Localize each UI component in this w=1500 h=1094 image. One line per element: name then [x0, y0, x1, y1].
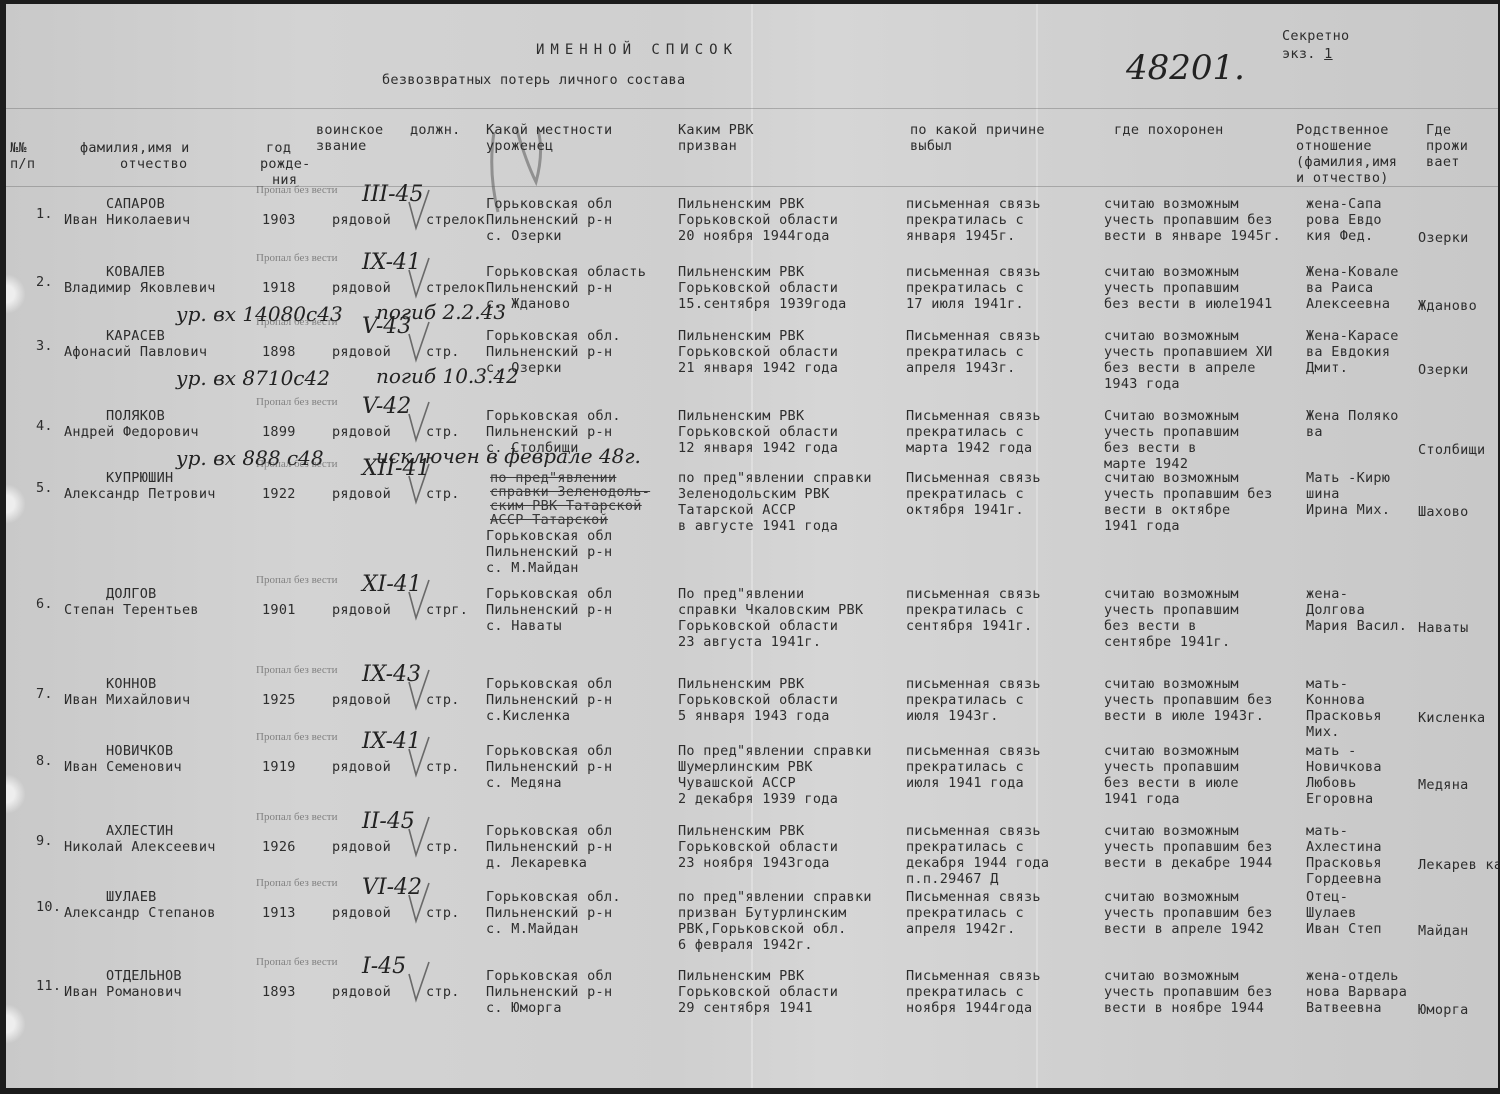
- row-rvk: РВК,Горьковской обл.: [678, 921, 847, 937]
- row-birthplace: Горьковская обл: [486, 968, 612, 984]
- row-relative: жена-: [1306, 586, 1348, 602]
- row-rvk: 6 февраля 1942г.: [678, 937, 813, 953]
- row-buried: вести в октябре: [1104, 502, 1230, 518]
- row-birth-year: 1919: [262, 759, 296, 775]
- row-rvk: Горьковской области: [678, 424, 838, 440]
- row-buried: без вести в: [1104, 618, 1197, 634]
- row-residence: Шахово: [1418, 504, 1469, 520]
- handwritten-note: погиб 10.3.42: [376, 364, 519, 388]
- checkmark-icon: [406, 256, 432, 300]
- row-number: 4.: [36, 418, 53, 434]
- handwritten-date: V-42: [362, 394, 411, 419]
- row-birthplace: Пильненский р-н: [486, 839, 612, 855]
- header-reason: выбыл: [910, 138, 952, 154]
- header-reason: по какой причине: [910, 122, 1045, 138]
- row-rvk: Горьковской области: [678, 692, 838, 708]
- row-reason: декабря 1944 года: [906, 855, 1049, 871]
- row-reason: прекратилась с: [906, 280, 1024, 296]
- row-rvk: 23 ноября 1943года: [678, 855, 830, 871]
- row-number: 11.: [36, 978, 61, 994]
- row-rank: рядовой: [332, 212, 391, 228]
- row-relative: Ирина Мих.: [1306, 502, 1390, 518]
- punch-hole: [6, 774, 26, 814]
- checkmark-icon: [406, 881, 432, 925]
- row-buried: считаю возможным: [1104, 196, 1239, 212]
- row-rvk: 20 ноября 1944года: [678, 228, 830, 244]
- row-surname: НОВИЧКОВ: [106, 743, 173, 759]
- row-reason: прекратилась с: [906, 212, 1024, 228]
- row-reason: октября 1941г.: [906, 502, 1024, 518]
- row-given-names: Афонасий Павлович: [64, 344, 207, 360]
- row-buried: считаю возможным: [1104, 968, 1239, 984]
- row-buried: учесть пропавшим без: [1104, 984, 1273, 1000]
- row-reason: прекратилась с: [906, 984, 1024, 1000]
- checkmark-icon: [406, 960, 432, 1004]
- row-rvk: по пред"явлении справки: [678, 470, 872, 486]
- row-rvk: Зеленодольским РВК: [678, 486, 830, 502]
- row-buried: учесть пропавшим: [1104, 280, 1239, 296]
- copy-number: 1: [1324, 46, 1332, 62]
- row-relative: Шулаев: [1306, 905, 1357, 921]
- row-relative: Жена-Карасе: [1306, 328, 1399, 344]
- row-residence: Наваты: [1418, 620, 1469, 636]
- row-residence: Озерки: [1418, 230, 1469, 246]
- row-rvk: Пильненским РВК: [678, 676, 804, 692]
- row-given-names: Иван Николаевич: [64, 212, 190, 228]
- row-relative: ва Раиса: [1306, 280, 1373, 296]
- row-number: 7.: [36, 686, 53, 702]
- row-reason: письменная связь: [906, 743, 1041, 759]
- row-rvk: Татарской АССР: [678, 502, 796, 518]
- row-rvk: 15.сентября 1939года: [678, 296, 847, 312]
- row-relative: Ватвеевна: [1306, 1000, 1382, 1016]
- row-rank: рядовой: [332, 344, 391, 360]
- row-residence: Медяна: [1418, 777, 1469, 793]
- row-number: 8.: [36, 753, 53, 769]
- header-position: должн.: [410, 122, 461, 138]
- row-given-names: Александр Степанов: [64, 905, 216, 921]
- row-buried: считаю возможным: [1104, 470, 1239, 486]
- row-birthplace: Горьковская обл: [486, 196, 612, 212]
- row-birth-year: 1903: [262, 212, 296, 228]
- row-rank: рядовой: [332, 839, 391, 855]
- handwritten-date: V-43: [362, 314, 411, 339]
- row-relative: Коннова: [1306, 692, 1365, 708]
- row-position: стрелок: [426, 280, 485, 296]
- checkmark-icon: [406, 462, 432, 506]
- missing-stamp: Пропал без вести: [256, 877, 337, 889]
- row-reason: 17 июля 1941г.: [906, 296, 1024, 312]
- row-buried: считаю возможным: [1104, 328, 1239, 344]
- row-buried: сентябре 1941г.: [1104, 634, 1230, 650]
- row-rvk: 29 сентября 1941: [678, 1000, 813, 1016]
- row-rvk: 5 января 1943 года: [678, 708, 830, 724]
- row-relative: мать-: [1306, 676, 1348, 692]
- row-birthplace: Пильненский р-н: [486, 424, 612, 440]
- row-birthplace: с. Медяна: [486, 775, 562, 791]
- row-birthplace: Пильненский р-н: [486, 984, 612, 1000]
- row-buried: вести в январе 1945г.: [1104, 228, 1281, 244]
- missing-stamp: Пропал без вести: [256, 396, 337, 408]
- row-given-names: Иван Семенович: [64, 759, 182, 775]
- row-buried: учесть пропавшим: [1104, 424, 1239, 440]
- row-rvk: Пильненским РВК: [678, 968, 804, 984]
- row-reason: Письменная связь: [906, 408, 1041, 424]
- row-relative: Мих.: [1306, 724, 1340, 740]
- row-buried: учесть пропавшим без: [1104, 905, 1273, 921]
- row-surname: КУПРЮШИН: [106, 470, 173, 486]
- row-relative: Мария Васил.: [1306, 618, 1407, 634]
- row-buried: считаю возможным: [1104, 586, 1239, 602]
- handwritten-document-number: 48201.: [1126, 48, 1245, 88]
- row-relative: ва: [1306, 424, 1323, 440]
- row-number: 10.: [36, 899, 61, 915]
- header-num: №№: [10, 140, 27, 156]
- row-rank: рядовой: [332, 984, 391, 1000]
- checkmark-icon: [406, 320, 432, 364]
- missing-stamp: Пропал без вести: [256, 574, 337, 586]
- row-relative: жена-отдель: [1306, 968, 1399, 984]
- row-birthplace: Горьковская обл: [486, 528, 612, 544]
- row-rvk: в августе 1941 года: [678, 518, 838, 534]
- row-buried: вести в июле 1943г.: [1104, 708, 1264, 724]
- row-reason: прекратилась с: [906, 905, 1024, 921]
- row-buried: учесть пропавшим без: [1104, 212, 1273, 228]
- row-birthplace: с. Юморга: [486, 1000, 562, 1016]
- row-relative: Жена-Ковале: [1306, 264, 1399, 280]
- row-birthplace: с.Кисленка: [486, 708, 570, 724]
- row-reason: письменная связь: [906, 823, 1041, 839]
- row-rvk: Пильненским РВК: [678, 408, 804, 424]
- row-reason: Письменная связь: [906, 968, 1041, 984]
- row-buried: считаю возможным: [1104, 743, 1239, 759]
- row-given-names: Андрей Федорович: [64, 424, 199, 440]
- row-birthplace: Пильненский р-н: [486, 602, 612, 618]
- row-relative: нова Варвара: [1306, 984, 1407, 1000]
- row-birthplace: Горьковская обл: [486, 823, 612, 839]
- checkmark-icon: [406, 735, 432, 779]
- row-reason: письменная связь: [906, 264, 1041, 280]
- row-birth-year: 1898: [262, 344, 296, 360]
- checkmark-icon: [406, 578, 432, 622]
- row-buried: учесть пропавшим: [1104, 759, 1239, 775]
- fold-line: [1036, 4, 1038, 1088]
- row-rank: рядовой: [332, 280, 391, 296]
- row-birth-year: 1925: [262, 692, 296, 708]
- row-relative: Дмит.: [1306, 360, 1348, 376]
- row-reason: июля 1943г.: [906, 708, 999, 724]
- row-number: 2.: [36, 274, 53, 290]
- row-reason: апреля 1943г.: [906, 360, 1016, 376]
- row-residence: Жданово: [1418, 298, 1477, 314]
- header-residence: Где: [1426, 122, 1451, 138]
- row-buried: без вести в апреле: [1104, 360, 1256, 376]
- header-year: рожде-: [260, 156, 311, 172]
- row-reason: п.п.29467 Д: [906, 871, 999, 887]
- header-buried: где похоронен: [1114, 122, 1224, 138]
- row-birthplace: Горьковская обл: [486, 743, 612, 759]
- row-rank: рядовой: [332, 692, 391, 708]
- missing-stamp: Пропал без вести: [256, 811, 337, 823]
- row-reason: сентября 1941г.: [906, 618, 1032, 634]
- row-buried: без вести в июле: [1104, 775, 1239, 791]
- row-rvk: Горьковской области: [678, 984, 838, 1000]
- row-surname: КОННОВ: [106, 676, 157, 692]
- row-rvk: Пильненским РВК: [678, 196, 804, 212]
- row-residence: Юморга: [1418, 1002, 1469, 1018]
- row-rvk: 2 декабря 1939 года: [678, 791, 838, 807]
- row-birthplace: Горьковская область: [486, 264, 646, 280]
- row-buried: 1941 года: [1104, 791, 1180, 807]
- row-number: 5.: [36, 480, 53, 496]
- checkmark-icon: [406, 668, 432, 712]
- row-relative: мать-: [1306, 823, 1348, 839]
- row-birth-year: 1926: [262, 839, 296, 855]
- missing-stamp: Пропал без вести: [256, 458, 337, 470]
- header-year: год: [266, 140, 291, 156]
- row-given-names: Владимир Яковлевич: [64, 280, 216, 296]
- secret-label: Секретно: [1282, 28, 1349, 44]
- row-rvk: справки Чкаловским РВК: [678, 602, 863, 618]
- header-name: отчество: [120, 156, 187, 172]
- header-relative: Родственное: [1296, 122, 1389, 138]
- row-rank: рядовой: [332, 602, 391, 618]
- row-relative: Ахлестина: [1306, 839, 1382, 855]
- row-reason: письменная связь: [906, 196, 1041, 212]
- row-birth-year: 1901: [262, 602, 296, 618]
- row-birthplace: с. Наваты: [486, 618, 562, 634]
- row-rvk: по пред"явлении справки: [678, 889, 872, 905]
- row-birthplace: д. Лекаревка: [486, 855, 587, 871]
- row-relative: Мать -Кирю: [1306, 470, 1390, 486]
- row-surname: ДОЛГОВ: [106, 586, 157, 602]
- row-buried: вести в апреле 1942: [1104, 921, 1264, 937]
- row-rvk: призван Бутурлинским: [678, 905, 847, 921]
- row-buried: 1943 года: [1104, 376, 1180, 392]
- row-rvk: Шумерлинским РВК: [678, 759, 813, 775]
- row-buried: учесть пропавшим без: [1104, 486, 1273, 502]
- missing-stamp: Пропал без вести: [256, 664, 337, 676]
- row-relative: жена-Сапа: [1306, 196, 1382, 212]
- row-rvk: Горьковской области: [678, 344, 838, 360]
- copy-label: экз. 1: [1282, 46, 1333, 62]
- row-reason: прекратилась с: [906, 759, 1024, 775]
- row-rank: рядовой: [332, 486, 391, 502]
- row-given-names: Иван Михайлович: [64, 692, 190, 708]
- row-rvk: Пильненским РВК: [678, 328, 804, 344]
- document-subtitle: безвозвратных потерь личного состава: [382, 72, 685, 88]
- row-buried: вести в ноябре 1944: [1104, 1000, 1264, 1016]
- row-surname: ПОЛЯКОВ: [106, 408, 165, 424]
- row-relative: мать -: [1306, 743, 1357, 759]
- row-rvk: Чувашской АССР: [678, 775, 796, 791]
- row-rvk: 23 августа 1941г.: [678, 634, 821, 650]
- header-relative: отношение: [1296, 138, 1372, 154]
- handwritten-date: I-45: [362, 954, 406, 979]
- document-sheet: ИМЕННОЙ СПИСОК безвозвратных потерь личн…: [6, 4, 1498, 1088]
- row-birthplace: Пильненский р-н: [486, 212, 612, 228]
- row-birthplace: Горьковская обл.: [486, 408, 621, 424]
- row-birthplace: Пильненский р-н: [486, 280, 612, 296]
- header-relative: (фамилия,имя: [1296, 154, 1397, 170]
- row-reason: апреля 1942г.: [906, 921, 1016, 937]
- row-number: 3.: [36, 338, 53, 354]
- row-relative: Егоровна: [1306, 791, 1373, 807]
- row-buried: учесть пропавшим без: [1104, 839, 1273, 855]
- row-buried: учесть пропавшим без: [1104, 692, 1273, 708]
- row-surname: ОТДЕЛЬНОВ: [106, 968, 182, 984]
- row-buried: считаю возможным: [1104, 889, 1239, 905]
- row-residence: Майдан: [1418, 923, 1469, 939]
- row-birthplace: Горьковская обл: [486, 586, 612, 602]
- row-surname: ШУЛАЕВ: [106, 889, 157, 905]
- row-position: стрг.: [426, 602, 468, 618]
- row-rvk: Пильненским РВК: [678, 264, 804, 280]
- row-reason: Письменная связь: [906, 470, 1041, 486]
- row-rvk: Горьковской области: [678, 212, 838, 228]
- row-rvk: По пред"явлении: [678, 586, 804, 602]
- row-given-names: Александр Петрович: [64, 486, 216, 502]
- row-relative: Отец-: [1306, 889, 1348, 905]
- row-birthplace: Горьковская обл: [486, 676, 612, 692]
- row-birthplace-struck: АССР Татарской: [490, 512, 608, 528]
- handwritten-note: ур. вх 8710с42: [176, 366, 330, 390]
- row-rvk: По пред"явлении справки: [678, 743, 872, 759]
- row-given-names: Иван Романович: [64, 984, 182, 1000]
- row-relative: Алексеевна: [1306, 296, 1390, 312]
- row-reason: марта 1942 года: [906, 440, 1032, 456]
- row-buried: считаю возможным: [1104, 676, 1239, 692]
- header-residence: вает: [1426, 154, 1460, 170]
- header-rule-bottom: [6, 186, 1498, 187]
- row-buried: без вести в июле1941: [1104, 296, 1273, 312]
- header-rvk: призван: [678, 138, 737, 154]
- row-relative: Жена Поляко: [1306, 408, 1399, 424]
- row-relative: Долгова: [1306, 602, 1365, 618]
- row-buried: вести в декабре 1944: [1104, 855, 1273, 871]
- row-buried: 1941 года: [1104, 518, 1180, 534]
- row-relative: Иван Степ: [1306, 921, 1382, 937]
- row-position: стрелок: [426, 212, 485, 228]
- header-relative: и отчество): [1296, 170, 1389, 186]
- row-residence: Кисленка: [1418, 710, 1485, 726]
- row-birthplace: Пильненский р-н: [486, 759, 612, 775]
- row-reason: ноября 1944года: [906, 1000, 1032, 1016]
- row-rvk: 21 января 1942 года: [678, 360, 838, 376]
- header-birthplace: Какой местности: [486, 122, 612, 138]
- header-birthplace: уроженец: [486, 138, 553, 154]
- row-rank: рядовой: [332, 905, 391, 921]
- row-reason: Письменная связь: [906, 889, 1041, 905]
- missing-stamp: Пропал без вести: [256, 184, 337, 196]
- missing-stamp: Пропал без вести: [256, 956, 337, 968]
- row-birthplace: с. М.Майдан: [486, 921, 579, 937]
- row-reason: письменная связь: [906, 676, 1041, 692]
- row-reason: письменная связь: [906, 586, 1041, 602]
- row-reason: июля 1941 года: [906, 775, 1024, 791]
- row-reason: прекратилась с: [906, 839, 1024, 855]
- row-reason: прекратилась с: [906, 424, 1024, 440]
- row-rank: рядовой: [332, 759, 391, 775]
- punch-hole: [6, 1004, 26, 1044]
- row-relative: шина: [1306, 486, 1340, 502]
- header-rule-top: [6, 108, 1498, 109]
- row-rvk: Горьковской области: [678, 618, 838, 634]
- row-relative: Любовь: [1306, 775, 1357, 791]
- row-given-names: Николай Алексеевич: [64, 839, 216, 855]
- header-name: фамилия,имя и: [80, 140, 190, 156]
- row-rvk: 12 января 1942 года: [678, 440, 838, 456]
- row-residence: Озерки: [1418, 362, 1469, 378]
- missing-stamp: Пропал без вести: [256, 316, 337, 328]
- row-birthplace: Пильненский р-н: [486, 692, 612, 708]
- row-buried: Считаю возможным: [1104, 408, 1239, 424]
- row-birth-year: 1899: [262, 424, 296, 440]
- row-reason: прекратилась с: [906, 344, 1024, 360]
- header-rvk: Каким РВК: [678, 122, 754, 138]
- row-relative: Прасковья: [1306, 855, 1382, 871]
- row-rvk: Горьковской области: [678, 280, 838, 296]
- row-reason: января 1945г.: [906, 228, 1016, 244]
- row-rvk: Горьковской области: [678, 839, 838, 855]
- row-buried: учесть пропавшием ХИ: [1104, 344, 1273, 360]
- row-reason: прекратилась с: [906, 602, 1024, 618]
- missing-stamp: Пропал без вести: [256, 252, 337, 264]
- header-rank: воинское: [316, 122, 383, 138]
- document-title: ИМЕННОЙ СПИСОК: [536, 42, 738, 58]
- row-surname: КОВАЛЕВ: [106, 264, 165, 280]
- row-relative: Гордеевна: [1306, 871, 1382, 887]
- header-rank: звание: [316, 138, 367, 154]
- row-number: 9.: [36, 833, 53, 849]
- punch-hole: [6, 484, 26, 524]
- header-residence: прожи: [1426, 138, 1468, 154]
- row-number: 6.: [36, 596, 53, 612]
- row-birth-year: 1922: [262, 486, 296, 502]
- row-birthplace: с. Озерки: [486, 228, 562, 244]
- row-buried: считаю возможным: [1104, 264, 1239, 280]
- row-birth-year: 1893: [262, 984, 296, 1000]
- checkmark-icon: [406, 188, 432, 232]
- row-buried: считаю возможным: [1104, 823, 1239, 839]
- row-relative: Прасковья: [1306, 708, 1382, 724]
- row-reason: прекратилась с: [906, 486, 1024, 502]
- row-birthplace: Пильненский р-н: [486, 544, 612, 560]
- row-birth-year: 1913: [262, 905, 296, 921]
- checkmark-icon: [406, 400, 432, 444]
- row-rvk: Пильненским РВК: [678, 823, 804, 839]
- row-birthplace: Горьковская обл.: [486, 889, 621, 905]
- row-birthplace: Пильненский р-н: [486, 905, 612, 921]
- row-birthplace: Пильненский р-н: [486, 344, 612, 360]
- row-given-names: Степан Терентьев: [64, 602, 199, 618]
- header-num: п/п: [10, 156, 35, 172]
- missing-stamp: Пропал без вести: [256, 731, 337, 743]
- row-surname: КАРАСЕВ: [106, 328, 165, 344]
- row-buried: без вести в: [1104, 440, 1197, 456]
- row-buried: учесть пропавшим: [1104, 602, 1239, 618]
- row-residence: Лекарев ка: [1418, 857, 1498, 873]
- row-relative: ва Евдокия: [1306, 344, 1390, 360]
- row-residence: Столбищи: [1418, 442, 1485, 458]
- row-number: 1.: [36, 206, 53, 222]
- checkmark-icon: [406, 815, 432, 859]
- row-relative: кия Фед.: [1306, 228, 1373, 244]
- row-birthplace: Горьковская обл.: [486, 328, 621, 344]
- row-birthplace: с. М.Майдан: [486, 560, 579, 576]
- row-reason: Письменная связь: [906, 328, 1041, 344]
- row-relative: рова Евдо: [1306, 212, 1382, 228]
